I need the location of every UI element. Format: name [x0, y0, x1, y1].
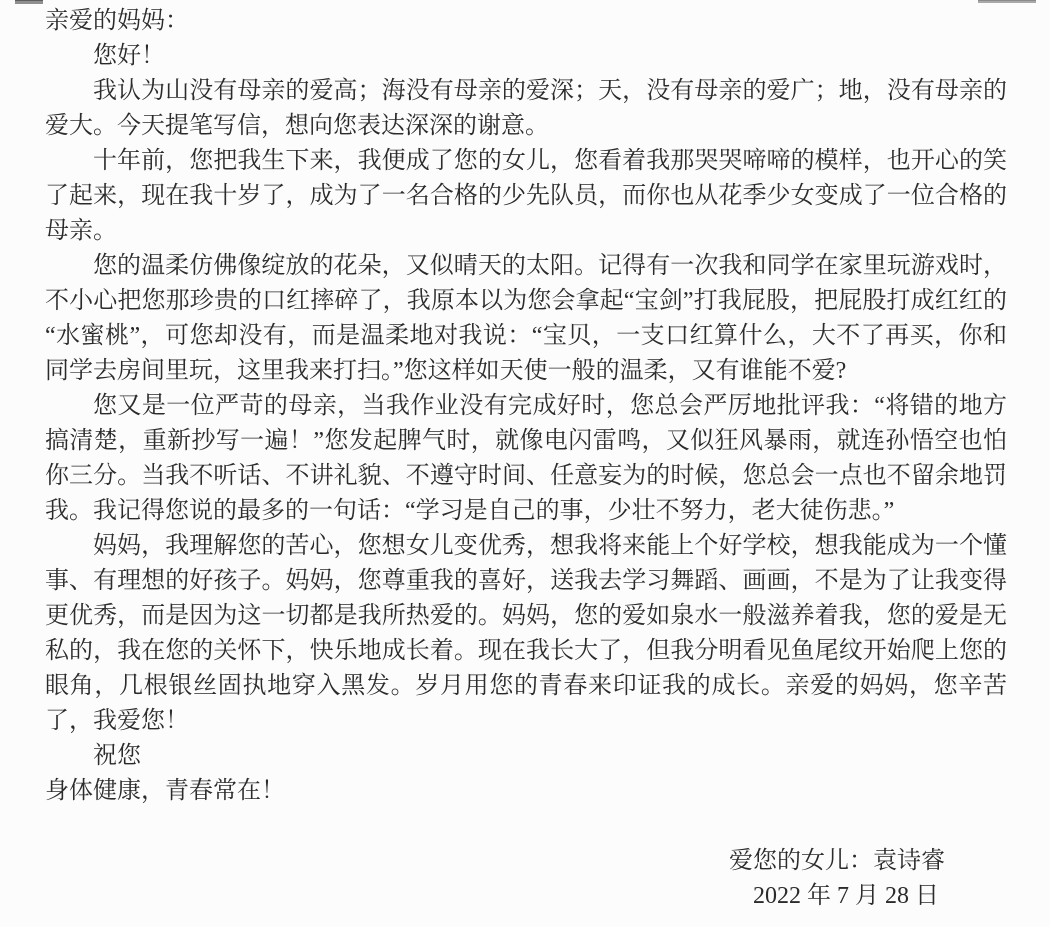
- letter-body: 亲爱的妈妈： 您好！ 我认为山没有母亲的爱高；海没有母亲的爱深；天，没有母亲的爱…: [45, 4, 1007, 914]
- letter-document-page: 亲爱的妈妈： 您好！ 我认为山没有母亲的爱高；海没有母亲的爱深；天，没有母亲的爱…: [0, 0, 1050, 927]
- letter-paragraph-understanding: 妈妈，我理解您的苦心，您想女儿变优秀，想我将来能上个好学校，想我能成为一个懂事、…: [45, 529, 1007, 739]
- letter-salutation: 亲爱的妈妈：: [45, 4, 1007, 39]
- letter-paragraph-ten-years: 十年前，您把我生下来，我便成了您的女儿，您看着我那哭哭啼啼的模样，也开心的笑了起…: [45, 144, 1007, 249]
- letter-signature: 爱您的女儿：袁诗睿: [45, 844, 945, 879]
- letter-date: 2022 年 7 月 28 日: [45, 879, 945, 914]
- page-crop-mark-left: [15, 0, 43, 4]
- letter-wish-lead: 祝您: [45, 739, 1007, 774]
- letter-paragraph-thanks: 我认为山没有母亲的爱高；海没有母亲的爱深；天，没有母亲的爱广；地，没有母亲的爱大…: [45, 74, 1007, 144]
- letter-paragraph-gentleness: 您的温柔仿佛像绽放的花朵，又似晴天的太阳。记得有一次我和同学在家里玩游戏时，不小…: [45, 249, 1007, 389]
- letter-wish-body: 身体健康，青春常在！: [45, 774, 1007, 809]
- letter-signature-block: 爱您的女儿：袁诗睿 2022 年 7 月 28 日: [45, 844, 1007, 914]
- letter-paragraph-greeting: 您好！: [45, 39, 1007, 74]
- page-crop-mark-right: [978, 0, 1036, 3]
- letter-paragraph-strictness: 您又是一位严苛的母亲，当我作业没有完成好时，您总会严厉地批评我：“将错的地方搞清…: [45, 389, 1007, 529]
